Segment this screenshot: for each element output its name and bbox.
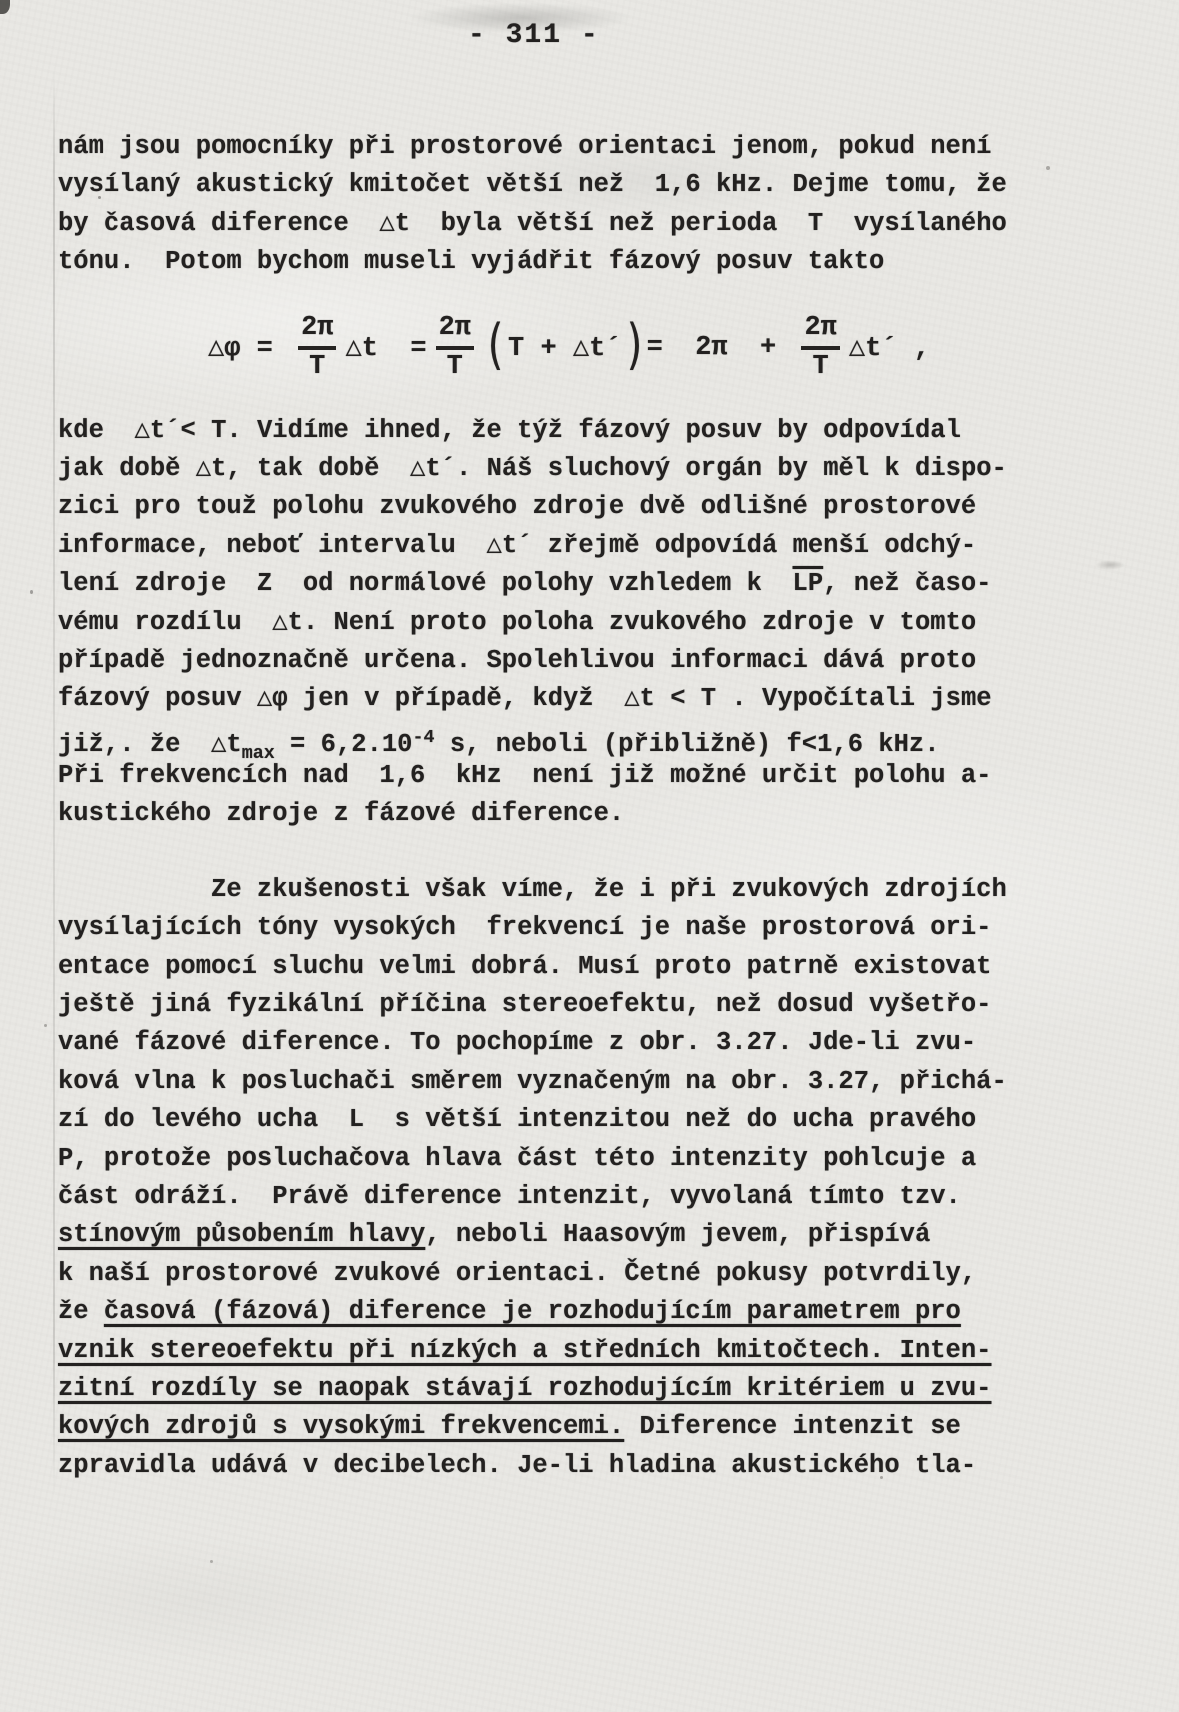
formula-lhs: △φ = <box>208 331 289 364</box>
text-line: vané fázové diference. To pochopíme z ob… <box>58 1024 1068 1062</box>
scanned-document-page: - 311 - nám jsou pomocníky při prostorov… <box>0 0 1179 1712</box>
paragraph-3: Ze zkušenosti však víme, že i při zvukov… <box>58 871 1068 1485</box>
text-line: vysílajících tóny vysokých frekvencí je … <box>58 909 1068 947</box>
page-number: - 311 - <box>468 20 600 51</box>
formula-paren-content: T + △t´ <box>508 331 621 364</box>
text-line: P, protože posluchačova hlava část této … <box>58 1140 1068 1178</box>
fraction-2pi-over-T: 2π T <box>436 314 474 381</box>
scan-corner-mark <box>0 0 10 14</box>
text-line: vznik stereoefektu při nízkých a střední… <box>58 1332 1068 1370</box>
text-line: Při frekvencích nad 1,6 kHz není již mož… <box>58 757 1068 795</box>
text-line: stínovým působením hlavy, neboli Haasový… <box>58 1216 1068 1254</box>
paper-fold-line <box>53 70 55 1495</box>
text-line: zitní rozdíly se naopak stávají rozhoduj… <box>58 1370 1068 1408</box>
text-line: Ze zkušenosti však víme, že i při zvukov… <box>58 871 1068 909</box>
text-line: vému rozdílu △t. Není proto poloha zvuko… <box>58 604 1068 642</box>
text-line: že časová (fázová) diference je rozhoduj… <box>58 1293 1068 1331</box>
scan-speck <box>30 590 33 594</box>
text-line: lení zdroje Z od normálové polohy vzhled… <box>58 565 1068 603</box>
scan-speck <box>44 1024 47 1027</box>
text-line: ještě jiná fyzikální příčina stereoefekt… <box>58 986 1068 1024</box>
text-line: vysílaný akustický kmitočet větší než 1,… <box>58 166 1068 204</box>
text-line: zici pro touž polohu zvukového zdroje dv… <box>58 488 1068 526</box>
text-line: případě jednoznačně určena. Spolehlivou … <box>58 642 1068 680</box>
paragraph-1: nám jsou pomocníky při prostorové orient… <box>58 128 1068 282</box>
text-line: zí do levého ucha L s větší intenzitou n… <box>58 1101 1068 1139</box>
text-line: kových zdrojů s vysokými frekvencemi. Di… <box>58 1408 1068 1446</box>
text-line: fázový posuv △φ jen v případě, když △t <… <box>58 680 1068 718</box>
fraction-2pi-over-T: 2π T <box>298 314 336 381</box>
open-paren: ( <box>488 313 504 376</box>
text-line: by časová diference △t byla větší než pe… <box>58 205 1068 243</box>
text-line: kde △t´< T. Vidíme ihned, že týž fázový … <box>58 412 1068 450</box>
text-line: jak době △t, tak době △t´. Náš sluchový … <box>58 450 1068 488</box>
formula-tail: △t´ , <box>849 331 930 364</box>
fraction-2pi-over-T: 2π T <box>801 314 839 381</box>
scan-smudge <box>1095 560 1125 570</box>
text-line: informace, neboť intervalu △t´ zřejmě od… <box>58 527 1068 565</box>
text-line: entace pomocí sluchu velmi dobrá. Musí p… <box>58 948 1068 986</box>
text-line: nám jsou pomocníky při prostorové orient… <box>58 128 1068 166</box>
formula-delta-t: △t = <box>345 331 426 364</box>
text-line: tónu. Potom bychom museli vyjádřit fázov… <box>58 243 1068 281</box>
text-line: již,. že △tmax = 6,2.10-4 s, neboli (při… <box>58 719 1068 757</box>
document-text: nám jsou pomocníky při prostorové orient… <box>58 128 1068 1485</box>
phase-shift-formula: △φ = 2π T △t = 2π T ( T + △t´ ) = 2π + 2… <box>208 300 1068 396</box>
close-paren: ) <box>626 313 642 376</box>
text-line: kustického zdroje z fázové diference. <box>58 795 1068 833</box>
text-line: část odráží. Právě diference intenzit, v… <box>58 1178 1068 1216</box>
paragraph-gap <box>58 834 1068 871</box>
scan-speck <box>210 1560 213 1563</box>
text-line: zpravidla udává v decibelech. Je-li hlad… <box>58 1447 1068 1485</box>
formula-eq2: = 2π + <box>647 333 793 363</box>
text-line: k naší prostorové zvukové orientaci. Čet… <box>58 1255 1068 1293</box>
text-line: ková vlna k posluchači směrem vyznačeným… <box>58 1063 1068 1101</box>
paragraph-2: kde △t´< T. Vidíme ihned, že týž fázový … <box>58 412 1068 834</box>
